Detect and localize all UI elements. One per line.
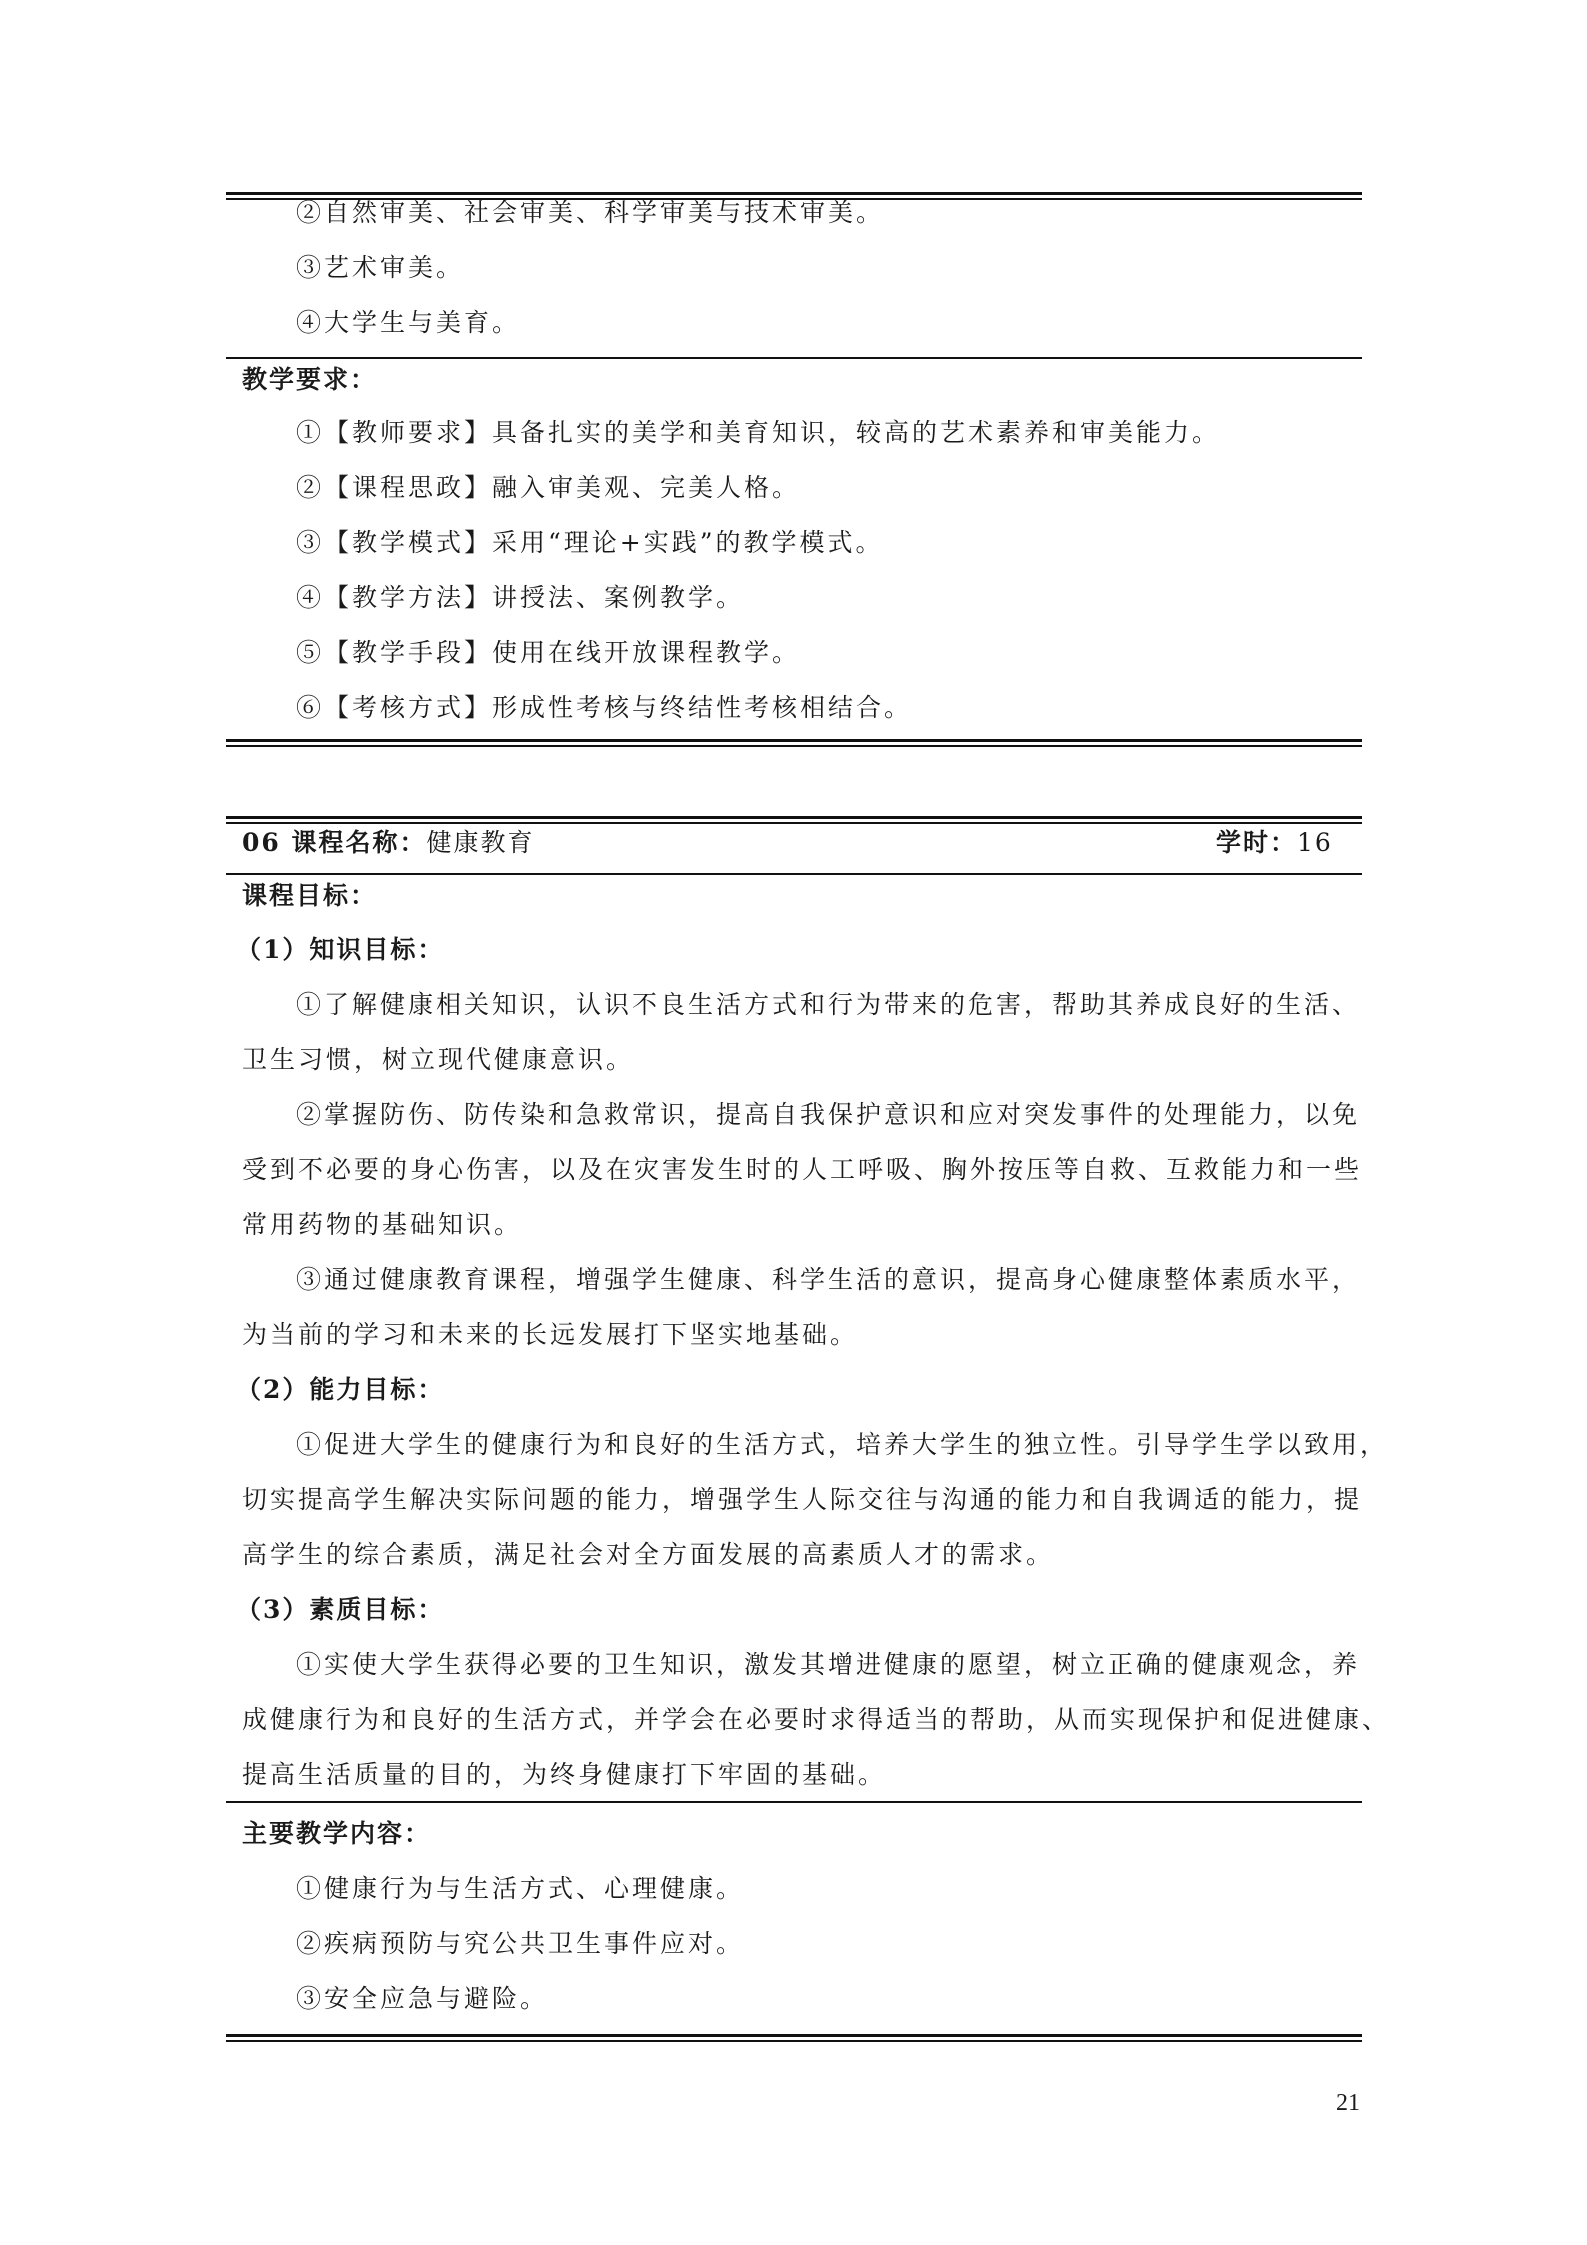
- requirements-heading: 教学要求：: [242, 363, 377, 397]
- paragraph-line: ①了解健康相关知识，认识不良生活方式和行为带来的危害，帮助其养成良好的生活、: [296, 988, 1360, 1022]
- paragraph-line: 高学生的综合素质，满足社会对全方面发展的高素质人才的需求。: [242, 1538, 1054, 1572]
- paragraph-line: ③通过健康教育课程，增强学生健康、科学生活的意识，提高身心健康整体素质水平，: [296, 1263, 1360, 1297]
- requirement-item: ⑤【教学手段】使用在线开放课程教学。: [296, 636, 800, 670]
- paragraph-line: 提高生活质量的目的，为终身健康打下牢固的基础。: [242, 1758, 886, 1792]
- paragraph-line: ①实使大学生获得必要的卫生知识，激发其增进健康的愿望，树立正确的健康观念，养: [296, 1648, 1360, 1682]
- course-hours: 学时：16: [1216, 826, 1333, 860]
- content-item: ③安全应急与避险。: [296, 1982, 548, 2016]
- content-item: ②自然审美、社会审美、科学审美与技术审美。: [296, 196, 884, 230]
- row-divider: [226, 357, 1362, 359]
- paragraph-line: 常用药物的基础知识。: [242, 1208, 522, 1242]
- paragraph-line: 为当前的学习和未来的长远发展打下坚实地基础。: [242, 1318, 858, 1352]
- quality-heading: （3）素质目标：: [236, 1593, 444, 1627]
- paragraph-line: 成健康行为和良好的生活方式，并学会在必要时求得适当的帮助，从而实现保护和促进健康…: [242, 1703, 1390, 1737]
- content-heading: 主要教学内容：: [242, 1817, 431, 1851]
- table-bottom-border: [226, 2034, 1362, 2042]
- requirement-item: ①【教师要求】具备扎实的美学和美育知识，较高的艺术素养和审美能力。: [296, 416, 1220, 450]
- hours-value: 16: [1297, 828, 1333, 857]
- paragraph-line: 受到不必要的身心伤害，以及在灾害发生时的人工呼吸、胸外按压等自救、互救能力和一些: [242, 1153, 1362, 1187]
- course-title: 06 课程名称：健康教育: [242, 826, 535, 860]
- content-item: ②疾病预防与究公共卫生事件应对。: [296, 1927, 744, 1961]
- requirement-item: ④【教学方法】讲授法、案例教学。: [296, 581, 744, 615]
- table-top-border: [226, 816, 1362, 824]
- hours-label: 学时：: [1216, 828, 1297, 857]
- page-number: 21: [1336, 2090, 1360, 2117]
- table-bottom-border: [226, 739, 1362, 747]
- paragraph-line: 切实提高学生解决实际问题的能力，增强学生人际交往与沟通的能力和自我调适的能力，提: [242, 1483, 1362, 1517]
- requirement-item: ③【教学模式】采用“理论+实践”的教学模式。: [296, 526, 884, 560]
- course-number-label: 06 课程名称：: [242, 828, 427, 857]
- ability-heading: （2）能力目标：: [236, 1373, 444, 1407]
- content-item: ①健康行为与生活方式、心理健康。: [296, 1872, 744, 1906]
- content-item: ④大学生与美育。: [296, 306, 520, 340]
- paragraph-line: ②掌握防伤、防传染和急救常识，提高自我保护意识和应对突发事件的处理能力，以免: [296, 1098, 1360, 1132]
- content-item: ③艺术审美。: [296, 251, 464, 285]
- row-divider: [226, 873, 1362, 875]
- requirement-item: ⑥【考核方式】形成性考核与终结性考核相结合。: [296, 691, 912, 725]
- course-name: 健康教育: [427, 828, 535, 857]
- objectives-heading: 课程目标：: [242, 879, 377, 913]
- paragraph-line: ①促进大学生的健康行为和良好的生活方式，培养大学生的独立性。引导学生学以致用，: [296, 1428, 1388, 1462]
- paragraph-line: 卫生习惯，树立现代健康意识。: [242, 1043, 634, 1077]
- requirement-item: ②【课程思政】融入审美观、完美人格。: [296, 471, 800, 505]
- knowledge-heading: （1）知识目标：: [236, 933, 444, 967]
- row-divider: [226, 1801, 1362, 1803]
